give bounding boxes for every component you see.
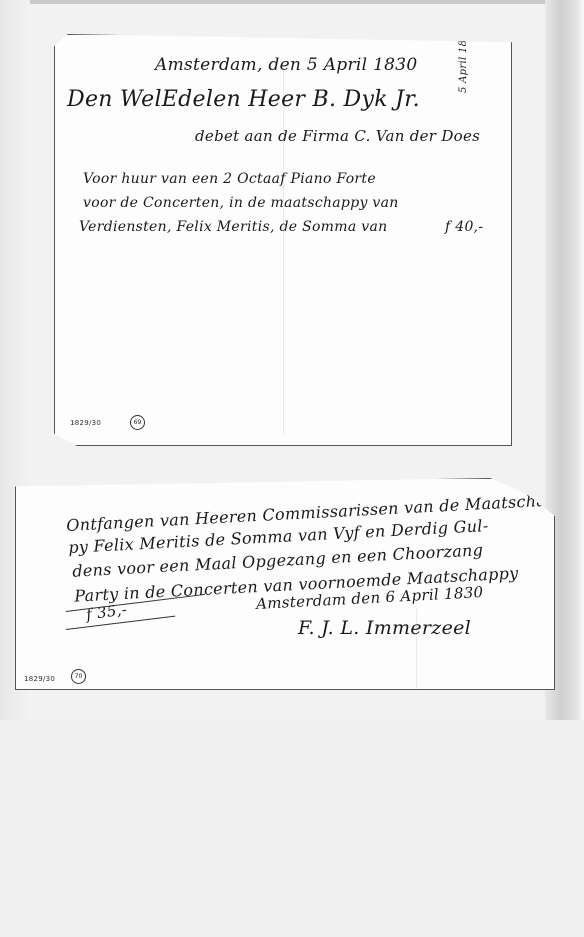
archive-reference: 1829/30 [70, 419, 101, 427]
invoice-addressee: Den WelEdelen Heer B. Dyk Jr. [67, 87, 420, 112]
folio-number-stamp: 70 [71, 669, 86, 684]
receipt-sheet: Ontfangen van Heeren Commissarissen van … [15, 478, 555, 690]
archive-reference: 1829/30 [24, 675, 55, 683]
invoice-margin-date: 5 April 1830 [458, 26, 469, 93]
invoice-date-line: Amsterdam, den 5 April 1830 [155, 55, 418, 75]
scan-top-edge [0, 0, 584, 4]
invoice-body-line-1: Voor huur van een 2 Octaaf Piano Forte [83, 171, 376, 187]
invoice-body-line-2: voor de Concerten, in de maatschappy van [83, 195, 399, 211]
invoice-amount: f 40,- [445, 219, 483, 235]
scan-background [0, 720, 584, 937]
folio-number-stamp: 69 [130, 415, 145, 430]
fold-line [283, 65, 284, 435]
receipt-signature: F. J. L. Immerzeel [298, 617, 471, 639]
invoice-debet-line: debet aan de Firma C. Van der Does [195, 127, 480, 145]
invoice-body-line-3: Verdiensten, Felix Meritis, de Somma van [79, 219, 387, 235]
invoice-sheet: Amsterdam, den 5 April 1830 5 April 1830… [54, 34, 512, 446]
